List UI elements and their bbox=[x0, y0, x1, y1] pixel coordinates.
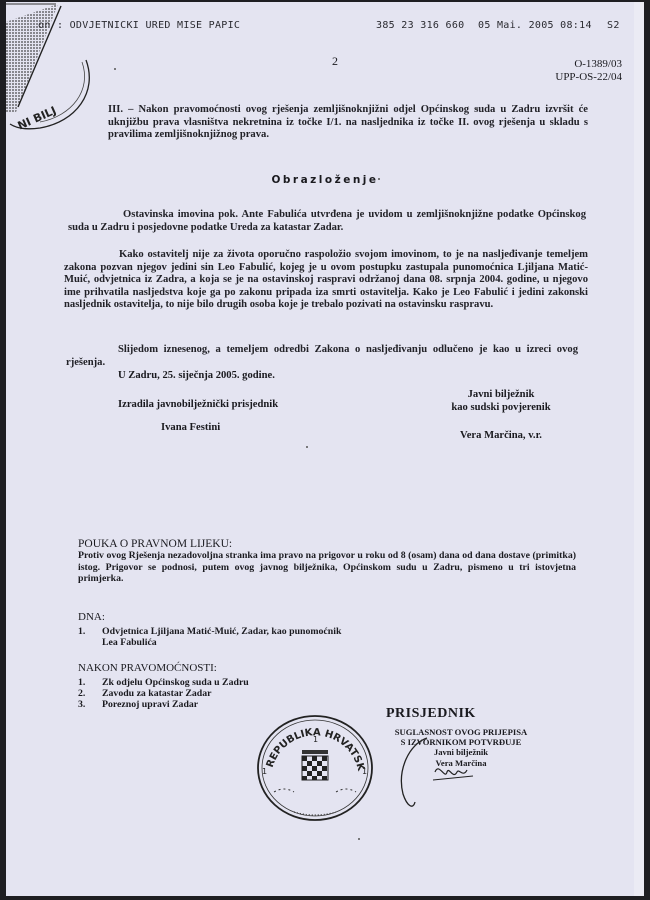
scanned-document-page: on : ODVJETNICKI URED MISE PAPIC 385 23 … bbox=[6, 2, 644, 896]
list-item: 3. Poreznoj upravi Zadar bbox=[78, 699, 249, 710]
list-item: 1. Zk odjelu Općinskog suda u Zadru bbox=[78, 677, 249, 688]
official-seal-icon: REPUBLIKA HRVATSKA 1 1 1 bbox=[254, 712, 376, 822]
notary-title: Javni bilježnik bbox=[426, 388, 576, 401]
fax-page-code: S2 bbox=[607, 20, 620, 31]
section-title: Obrazloženje bbox=[6, 174, 644, 186]
svg-text:1: 1 bbox=[362, 767, 367, 776]
legal-remedy-text: Protiv ovog Rješenja nezadovoljna strank… bbox=[78, 550, 576, 585]
reasoning-paragraph: Slijedom iznesenog, a temeljem odredbi Z… bbox=[66, 344, 578, 369]
case-references: O-1389/03 UPP-OS-22/04 bbox=[555, 58, 622, 84]
notary-name: Vera Marčina, v.r. bbox=[426, 430, 576, 441]
scan-speck bbox=[476, 108, 478, 110]
list-item: 1. Odvjetnica Ljiljana Matić-Muić, Zadar… bbox=[78, 626, 342, 648]
reasoning-paragraph: Ostavinska imovina pok. Ante Fabulića ut… bbox=[68, 209, 586, 234]
preparer-name: Ivana Festini bbox=[161, 422, 220, 433]
fax-phone: 385 23 316 660 bbox=[376, 20, 465, 31]
svg-text:1: 1 bbox=[313, 735, 318, 744]
legal-remedy-title: POUKA O PRAVNOM LIJEKU: bbox=[78, 538, 232, 550]
handwritten-signature-icon bbox=[389, 732, 479, 812]
scan-speck bbox=[378, 178, 380, 180]
reasoning-paragraph: Kako ostavitelj nije za života oporučno … bbox=[64, 249, 588, 312]
notary-capacity: kao sudski povjerenik bbox=[426, 401, 576, 414]
paragraph-numeral: III. – bbox=[108, 104, 133, 115]
after-finality-title: NAKON PRAVOMOĆNOSTI: bbox=[78, 662, 217, 674]
paragraph-text: Nakon pravomoćnosti ovog rješenja zemlji… bbox=[108, 104, 588, 140]
notary-stamp-fragment-icon: NI BILJ bbox=[6, 2, 96, 132]
distribution-title: DNA: bbox=[78, 611, 105, 623]
notary-role: Javni bilježnik kao sudski povjerenik bbox=[426, 388, 576, 414]
after-finality-list: 1. Zk odjelu Općinskog suda u Zadru 2. Z… bbox=[78, 677, 249, 710]
page-number: 2 bbox=[332, 54, 338, 69]
certification-heading: PRISJEDNIK bbox=[386, 706, 476, 722]
list-item: 2. Zavodu za katastar Zadar bbox=[78, 688, 249, 699]
svg-text:1: 1 bbox=[262, 767, 267, 776]
case-reference: O-1389/03 bbox=[555, 58, 622, 71]
scan-speck bbox=[306, 446, 308, 448]
scan-speck bbox=[358, 838, 360, 840]
page-edge bbox=[634, 2, 644, 896]
fax-datetime: 05 Mai. 2005 08:14 bbox=[478, 20, 592, 31]
case-reference: UPP-OS-22/04 bbox=[555, 71, 622, 84]
scan-speck bbox=[114, 68, 116, 70]
preparer-role: Izradila javnobilježnički prisjednik bbox=[118, 399, 278, 410]
distribution-list: 1. Odvjetnica Ljiljana Matić-Muić, Zadar… bbox=[78, 626, 342, 648]
operative-paragraph-iii: III. – Nakon pravomoćnosti ovog rješenja… bbox=[108, 104, 588, 142]
place-and-date: U Zadru, 25. siječnja 2005. godine. bbox=[118, 370, 275, 381]
